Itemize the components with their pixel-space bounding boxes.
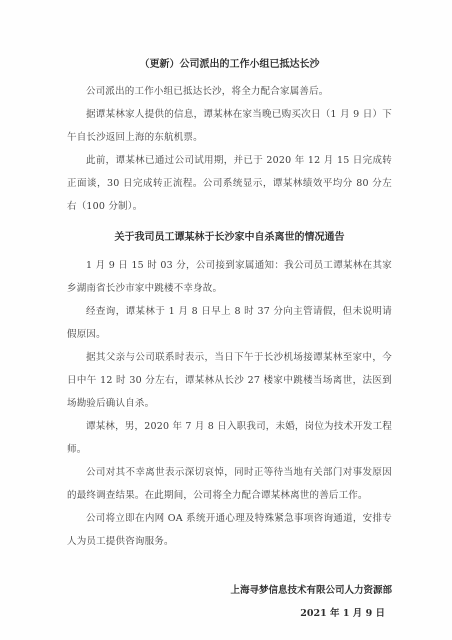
notice-paragraph: 公司对其不幸离世表示深切哀悼，同时正等待当地有关部门对事发原因的最终调查结果。在… (67, 461, 392, 507)
notice-paragraph: 公司将立即在内网 OA 系统开通心理及特殊紧急事项咨询通道，安排专人为员工提供咨… (67, 507, 392, 553)
update-paragraph: 此前，谭某林已通过公司试用期，并已于 2020 年 12 月 15 日完成转正面… (67, 149, 392, 218)
update-paragraph: 公司派出的工作小组已抵达长沙，将全力配合家属善后。 (67, 80, 392, 103)
signature-block: 上海寻梦信息技术有限公司人力资源部 2021 年 1 月 9 日 (67, 579, 392, 625)
update-paragraph: 据谭某林家人提供的信息，谭某林在家当晚已购买次日（1 月 9 日）下午自长沙返回… (67, 103, 392, 149)
notice-paragraph: 谭某林，男，2020 年 7 月 8 日入职我司，未婚，岗位为技术开发工程师。 (67, 415, 392, 461)
notice-paragraph: 据其父亲与公司联系时表示，当日下午于长沙机场接谭某林至家中，今日中午 12 时 … (67, 346, 392, 415)
notice-document-body: （更新）公司派出的工作小组已抵达长沙 公司派出的工作小组已抵达长沙，将全力配合家… (0, 0, 452, 625)
signature-department: 上海寻梦信息技术有限公司人力资源部 (67, 579, 392, 602)
notice-paragraph: 1 月 9 日 15 时 03 分，公司接到家属通知：我公司员工谭某林在其家乡湖… (67, 254, 392, 300)
notice-section-title: 关于我司员工谭某林于长沙家中自杀离世的情况通告 (67, 226, 392, 249)
update-section-title: （更新）公司派出的工作小组已抵达长沙 (67, 53, 392, 76)
notice-paragraph: 经查询，谭某林于 1 月 8 日早上 8 时 37 分向主管请假，但未说明请假原… (67, 300, 392, 346)
signature-date: 2021 年 1 月 9 日 (67, 602, 392, 625)
notice-document-page: （更新）公司派出的工作小组已抵达长沙 公司派出的工作小组已抵达长沙，将全力配合家… (0, 0, 452, 640)
